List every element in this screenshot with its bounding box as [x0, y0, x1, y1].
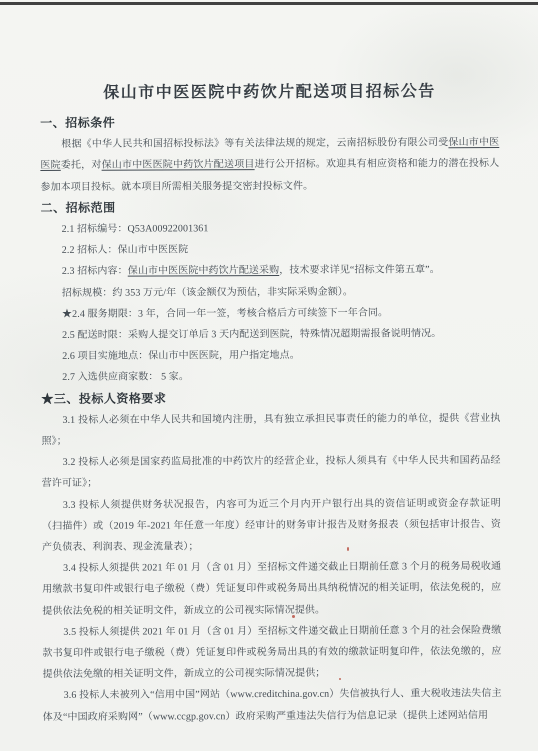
- clause-bid-number: 2.1 招标编号：Q53A00922001361: [41, 217, 500, 240]
- scan-top-edge: [0, 2, 538, 5]
- scan-speck: [292, 615, 295, 618]
- clause-qualification-3-5: 3.5 投标人须提供 2021 年 01 月（含 01 月）至招标文件递交截止日…: [42, 620, 501, 686]
- section-heading-bid-scope: 二、招标范围: [41, 196, 500, 219]
- text-run: 2.1 招标编号：Q53A00922001361: [62, 223, 209, 235]
- clause-delivery-time: 2.5 配送时限：采购人提交订单后 3 天内配送到医院，特殊情况超期需报备说明情…: [41, 323, 500, 346]
- clause-bid-content: 2.3 招标内容：保山市中医医院中药饮片配送采购，技术要求详见“招标文件第五章”…: [41, 259, 500, 282]
- text-run: 根据《中华人民共和国招标投标法》等有关法律法规的规定，云南招标股份有限公司受: [61, 137, 448, 150]
- document-content: 保山市中医医院中药饮片配送项目招标公告 一、招标条件 根据《中华人民共和国招标投…: [40, 81, 502, 728]
- clause-service-period: ★2.4 服务期限：3 年，合同一年一签，考核合格后方可续签下一年合同。: [41, 302, 500, 325]
- text-run: 3.1 投标人必须在中华人民共和国境内注册，具有独立承担民事责任的能力的单位，提…: [42, 413, 501, 447]
- scanned-document-page: 保山市中医医院中药饮片配送项目招标公告 一、招标条件 根据《中华人民共和国招标投…: [0, 0, 538, 751]
- text-run: 3.2 投标人必须是国家药监局批准的中药饮片的经营企业，投标人须具有《中华人民共…: [42, 455, 501, 489]
- clause-supplier-count: 2.7 入选供应商家数： 5 家。: [41, 365, 500, 388]
- clause-qualification-3-2: 3.2 投标人必须是国家药监局批准的中药饮片的经营企业，投标人须具有《中华人民共…: [42, 450, 501, 494]
- text-run: ，技术要求详见“招标文件第五章”。: [279, 265, 440, 277]
- underlined-text: 保山市中医医院中药饮片配送项目: [102, 159, 255, 171]
- section-heading-bid-conditions: 一、招标条件: [40, 111, 499, 134]
- text-run: 2.2 招标人：保山市中医医院: [62, 245, 189, 257]
- clause-qualification-3-6: 3.6 投标人未被列入“信用中国”网站（www.creditchina.gov.…: [43, 683, 502, 727]
- clause-bid-scale: 招标规模：约 353 万元/年（该金额仅为预估，非实际采购金额）。: [41, 281, 500, 304]
- text-run: 3.3 投标人须提供财务状况报告，内容可为近三个月内开户银行出具的资信证明或资金…: [42, 498, 501, 553]
- text-run: 3.6 投标人未被列入“信用中国”网站（www.creditchina.gov.…: [43, 688, 502, 722]
- clause-project-location: 2.6 项目实施地点：保山市中医医院，用户指定地点。: [41, 344, 500, 367]
- text-run: 2.7 入选供应商家数： 5 家。: [62, 372, 189, 384]
- text-run: 委托，对: [61, 160, 102, 171]
- page-title: 保山市中医医院中药饮片配送项目招标公告: [40, 81, 499, 104]
- text-run: 2.6 项目实施地点：保山市中医医院，用户指定地点。: [62, 350, 300, 362]
- underlined-text: 保山市中医医院中药饮片配送采购: [128, 265, 280, 277]
- text-run: 招标规模：约 353 万元/年（该金额仅为预估，非实际采购金额）。: [62, 286, 353, 298]
- text-run: 2.3 招标内容：: [62, 266, 128, 277]
- text-run: 2.5 配送时限：采购人提交订单后 3 天内配送到医院，特殊情况超期需报备说明情…: [62, 328, 441, 341]
- clause-qualification-3-1: 3.1 投标人必须在中华人民共和国境内注册，具有独立承担民事责任的能力的单位，提…: [41, 408, 500, 452]
- text-run: 3.5 投标人须提供 2021 年 01 月（含 01 月）至招标文件递交截止日…: [42, 625, 501, 680]
- text-run: ★2.4 服务期限：3 年，合同一年一签，考核合格后方可续签下一年合同。: [62, 307, 388, 319]
- clause-qualification-3-3: 3.3 投标人须提供财务状况报告，内容可为近三个月内开户银行出具的资信证明或资金…: [42, 493, 501, 559]
- text-run: 3.4 投标人须提供 2021 年 01 月（含 01 月）至招标文件递交截止日…: [42, 561, 501, 616]
- scan-speck: [347, 547, 349, 551]
- clause-tenderee: 2.2 招标人：保山市中医医院: [41, 238, 500, 261]
- scan-speck: [339, 678, 341, 680]
- section-heading-bidder-qualifications: ★三、投标人资格要求: [41, 387, 500, 410]
- clause-qualification-3-4: 3.4 投标人须提供 2021 年 01 月（含 01 月）至招标文件递交截止日…: [42, 556, 501, 622]
- clause-bid-conditions-intro: 根据《中华人民共和国招标投标法》等有关法律法规的规定，云南招标股份有限公司受保山…: [40, 132, 499, 198]
